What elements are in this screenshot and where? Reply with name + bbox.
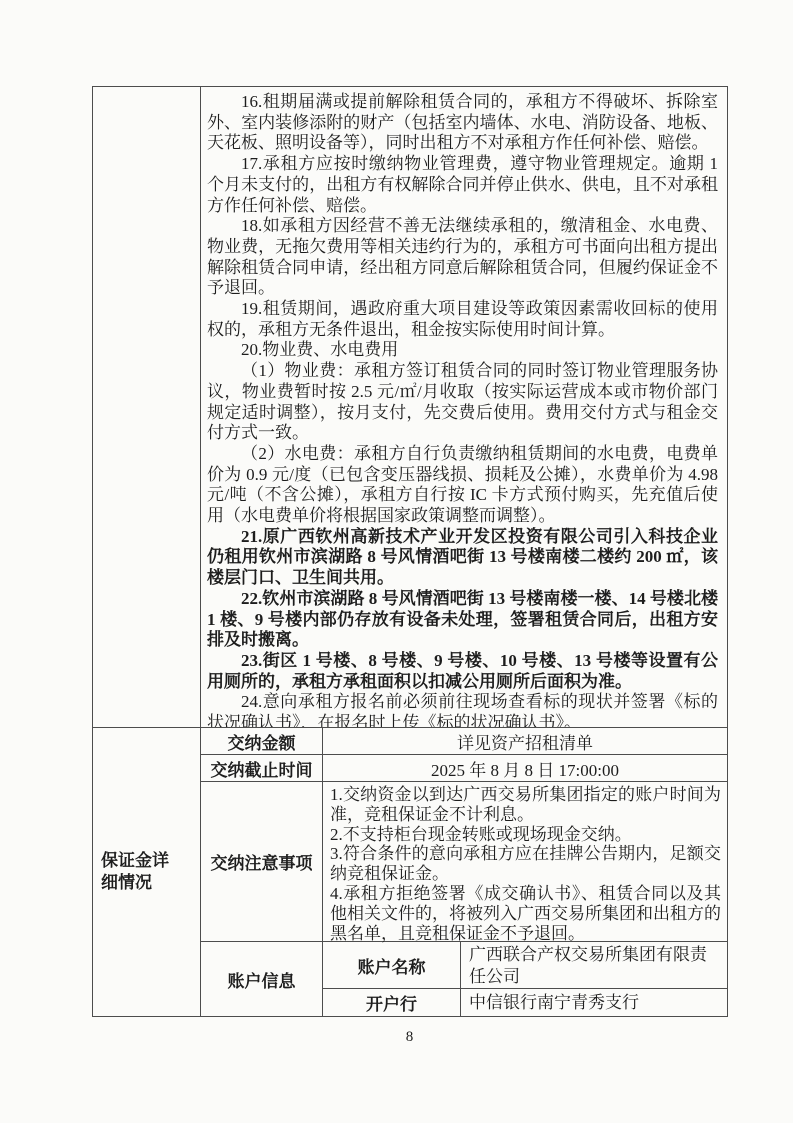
deposit-note: 3.符合条件的意向承租方应在挂牌公告期内，足额交纳竞租保证金。 (330, 844, 721, 884)
bank-row: 开户行 中信银行南宁青秀支行 (323, 989, 727, 1016)
terms-row: 16.租期届满或提前解除租赁合同的，承租方不得破坏、拆除室外、室内装修添附的财产… (93, 87, 727, 728)
terms-row-label-cell-empty (93, 87, 201, 727)
terms-paragraph: （1）物业费：承租方签订租赁合同的同时签订物业管理服务协议，物业费暂时按 2.5… (207, 361, 718, 444)
deposit-amount-label: 交纳金额 (201, 728, 323, 754)
deposit-rows: 交纳金额 详见资产招租清单 交纳截止时间 2025 年 8 月 8 日 17:0… (201, 728, 727, 1016)
deposit-note: 2.不支持柜台现金转账或现场现金交纳。 (330, 825, 721, 845)
account-name-row: 账户名称 广西联合产权交易所集团有限责任公司 (323, 942, 727, 989)
terms-paragraph: 16.租期届满或提前解除租赁合同的，承租方不得破坏、拆除室外、室内装修添附的财产… (207, 92, 718, 154)
deposit-amount-value: 详见资产招租清单 (323, 728, 727, 754)
deposit-notes-value: 1.交纳资金以到达广西交易所集团指定的账户时间为准，竞租保证金不计利息。2.不支… (323, 782, 727, 941)
document-page: 16.租期届满或提前解除租赁合同的，承租方不得破坏、拆除室外、室内装修添附的财产… (0, 0, 793, 1123)
deposit-section-label: 保证金详细情况 (93, 728, 201, 1016)
deposit-deadline-value: 2025 年 8 月 8 日 17:00:00 (323, 755, 727, 781)
terms-paragraph: 21.原广西钦州高新技术产业开发区投资有限公司引入科技企业仍租用钦州市滨湖路 8… (207, 527, 718, 589)
terms-paragraph: 20.物业费、水电费用 (207, 340, 718, 361)
deposit-amount-row: 交纳金额 详见资产招租清单 (201, 728, 727, 755)
deposit-notes-label: 交纳注意事项 (201, 782, 323, 941)
deposit-note: 4.承租方拒绝签署《成交确认书》、租赁合同以及其他相关文件的，将被列入广西交易所… (330, 884, 721, 943)
document-table: 16.租期届满或提前解除租赁合同的，承租方不得破坏、拆除室外、室内装修添附的财产… (92, 86, 728, 1017)
bank-value: 中信银行南宁青秀支行 (461, 989, 727, 1016)
account-info-table: 账户名称 广西联合产权交易所集团有限责任公司 开户行 中信银行南宁青秀支行 (323, 942, 727, 1016)
terms-paragraph: 22.钦州市滨湖路 8 号风情酒吧街 13 号楼南楼一楼、14 号楼北楼 1 楼… (207, 589, 718, 651)
page-number: 8 (0, 1029, 793, 1046)
terms-paragraph: 19.租赁期间，遇政府重大项目建设等政策因素需收回标的使用权的，承租方无条件退出… (207, 299, 718, 340)
deposit-account-row: 账户信息 账户名称 广西联合产权交易所集团有限责任公司 开户行 中信银行南宁青秀… (201, 942, 727, 1016)
terms-paragraph: 18.如承租方因经营不善无法继续承租的，缴清租金、水电费、物业费，无拖欠费用等相… (207, 216, 718, 299)
account-name-label: 账户名称 (323, 942, 461, 988)
terms-paragraph: （2）水电费：承租方自行负责缴纳租赁期间的水电费，电费单价为 0.9 元/度（已… (207, 444, 718, 527)
deposit-deadline-row: 交纳截止时间 2025 年 8 月 8 日 17:00:00 (201, 755, 727, 782)
account-name-value: 广西联合产权交易所集团有限责任公司 (461, 942, 727, 988)
terms-content-cell: 16.租期届满或提前解除租赁合同的，承租方不得破坏、拆除室外、室内装修添附的财产… (201, 87, 727, 727)
deposit-note: 1.交纳资金以到达广西交易所集团指定的账户时间为准，竞租保证金不计利息。 (330, 785, 721, 825)
deposit-deadline-label: 交纳截止时间 (201, 755, 323, 781)
terms-paragraph: 17.承租方应按时缴纳物业管理费，遵守物业管理规定。逾期 1 个月未支付的，出租… (207, 154, 718, 216)
terms-paragraph: 23.街区 1 号楼、8 号楼、9 号楼、10 号楼、13 号楼等设置有公用厕所… (207, 651, 718, 692)
deposit-section: 保证金详细情况 交纳金额 详见资产招租清单 交纳截止时间 2025 年 8 月 … (93, 728, 727, 1016)
bank-label: 开户行 (323, 989, 461, 1016)
terms-paragraph: 24.意向承租方报名前必须前往现场查看标的现状并签署《标的状况确认书》，在报名时… (207, 692, 718, 727)
deposit-account-label: 账户信息 (201, 942, 323, 1016)
deposit-notes-row: 交纳注意事项 1.交纳资金以到达广西交易所集团指定的账户时间为准，竞租保证金不计… (201, 782, 727, 942)
